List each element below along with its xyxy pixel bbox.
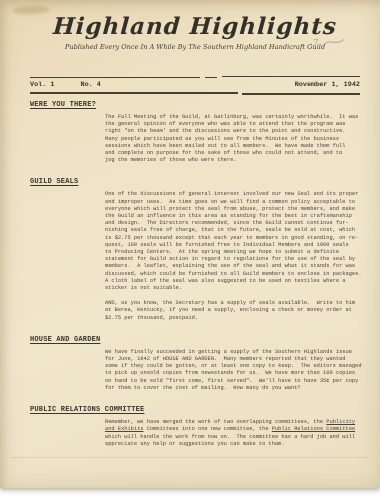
underlined-phrase: Public Relations Committee (272, 426, 355, 432)
rule-segment (205, 77, 217, 78)
paragraph: Remember, we have merged the work of two… (105, 419, 360, 448)
rule-segment (242, 93, 360, 95)
section: PUBLIC RELATIONS COMMITTEERemember, we h… (30, 406, 360, 448)
divider-top-rule (30, 75, 360, 79)
section-heading: HOUSE AND GARDEN (30, 336, 360, 345)
paragraph: We have finally succeeded in getting a s… (105, 349, 360, 392)
sections-container: WERE YOU THERE?The Fall Meeting of the G… (30, 101, 360, 448)
text-run: Remember, we have merged the work of two… (105, 419, 326, 425)
rule-segment (30, 92, 238, 94)
rule-segment (30, 77, 200, 78)
section: GUILD SEALSOne of the discussions of gen… (30, 178, 360, 321)
text-run: Committees into one new committee, the (143, 426, 271, 432)
paragraph: AND, as you know, the Secretary has a su… (105, 300, 360, 322)
paragraph: The Fall Meeting of the Guild, at Gatlin… (105, 114, 360, 164)
page-content: Highland Highlights Published Every Once… (30, 0, 360, 448)
divider-bottom-rule (30, 91, 360, 95)
issue-info-row: Vol. 1 No. 4 November 1, 1942 (30, 81, 360, 90)
issue-date: November 1, 1942 (295, 81, 360, 90)
section-heading: PUBLIC RELATIONS COMMITTEE (30, 406, 360, 415)
section: WERE YOU THERE?The Fall Meeting of the G… (30, 101, 360, 164)
newsletter-subtitle: Published Every Once In A While By The S… (30, 43, 360, 52)
section-heading: GUILD SEALS (30, 178, 360, 187)
underlined-phrase: Publicity (326, 419, 355, 425)
section-heading: WERE YOU THERE? (30, 101, 360, 110)
newsletter-page: 7 Highland Highlights Published Every On… (0, 0, 380, 488)
crease-shadow (12, 457, 370, 458)
volume-label: Vol. 1 (30, 81, 54, 90)
issue-number-label: No. 4 (80, 81, 100, 90)
masthead: Highland Highlights Published Every Once… (30, 13, 360, 52)
newsletter-title: Highland Highlights (29, 13, 361, 41)
underlined-phrase: and Exhibits (105, 426, 143, 432)
section: HOUSE AND GARDENWe have finally succeede… (30, 336, 360, 392)
paragraph: One of the discussions of general intere… (105, 191, 360, 292)
rule-segment (222, 76, 360, 77)
